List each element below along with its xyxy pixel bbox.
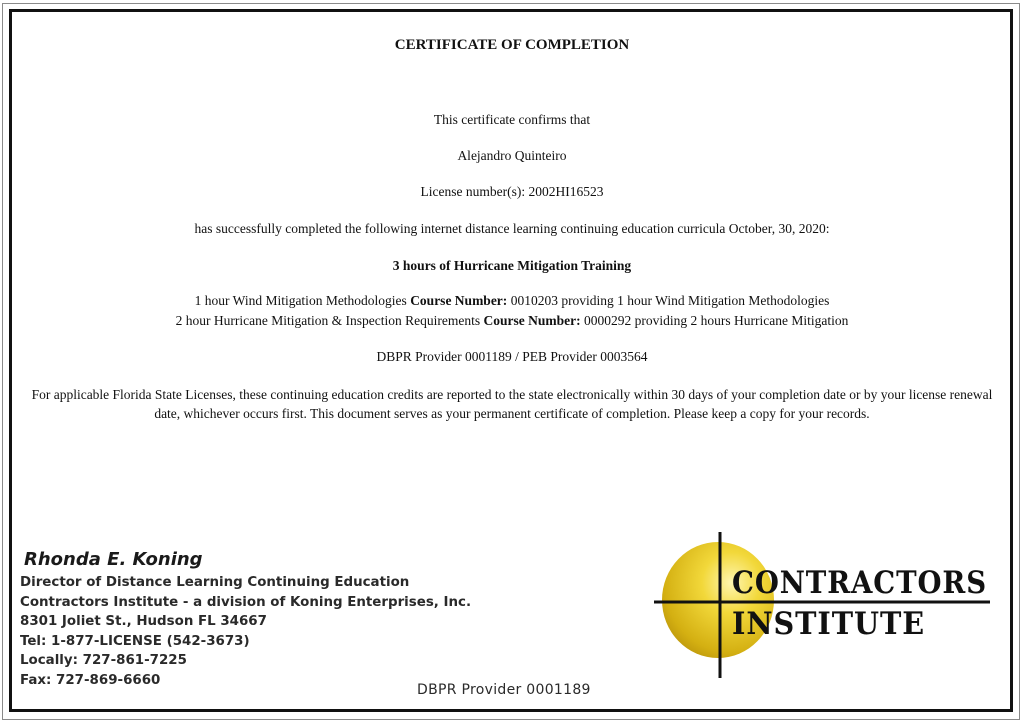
address-line: 8301 Joliet St., Hudson FL 34667: [20, 612, 471, 632]
course-1-number-label: Course Number:: [410, 293, 507, 308]
course-2-number-label: Course Number:: [483, 313, 580, 328]
course-line-1: 1 hour Wind Mitigation Methodologies Cou…: [12, 292, 1012, 310]
course-2-details: 0000292 providing 2 hours Hurricane Miti…: [584, 313, 848, 328]
reporting-notice: For applicable Florida State Licenses, t…: [18, 385, 1006, 423]
dbpr-provider-footer: DBPR Provider 0001189: [417, 682, 591, 698]
provider-numbers: DBPR Provider 0001189 / PEB Provider 000…: [12, 348, 1012, 366]
signature-block: Rhonda E. Koning Director of Distance Le…: [20, 547, 471, 691]
contractors-institute-logo: CONTRACTORS INSTITUTE: [650, 530, 1000, 680]
course-1-title: 1 hour Wind Mitigation Methodologies: [195, 293, 407, 308]
phone-local: Locally: 727-861-7225: [20, 651, 471, 671]
completion-statement: has successfully completed the following…: [12, 220, 1012, 238]
recipient-name: Alejandro Quinteiro: [12, 147, 1012, 165]
svg-text:CONTRACTORS: CONTRACTORS: [732, 565, 987, 601]
crosshair-sphere-logo-icon: CONTRACTORS INSTITUTE: [650, 530, 1000, 680]
course-line-2: 2 hour Hurricane Mitigation & Inspection…: [12, 312, 1012, 330]
license-number: License number(s): 2002HI16523: [12, 183, 1012, 201]
signer-title: Director of Distance Learning Continuing…: [20, 573, 471, 593]
certificate-title: CERTIFICATE OF COMPLETION: [12, 36, 1012, 54]
svg-text:INSTITUTE: INSTITUTE: [732, 606, 925, 642]
phone-tollfree: Tel: 1-877-LICENSE (542-3673): [20, 632, 471, 652]
training-heading: 3 hours of Hurricane Mitigation Training: [12, 257, 1012, 275]
fax-number: Fax: 727-869-6660: [20, 671, 471, 691]
course-1-details: 0010203 providing 1 hour Wind Mitigation…: [511, 293, 830, 308]
signer-name: Rhonda E. Koning: [24, 547, 471, 573]
intro-text: This certificate confirms that: [12, 111, 1012, 129]
course-2-title: 2 hour Hurricane Mitigation & Inspection…: [176, 313, 480, 328]
organization-line: Contractors Institute - a division of Ko…: [20, 593, 471, 613]
